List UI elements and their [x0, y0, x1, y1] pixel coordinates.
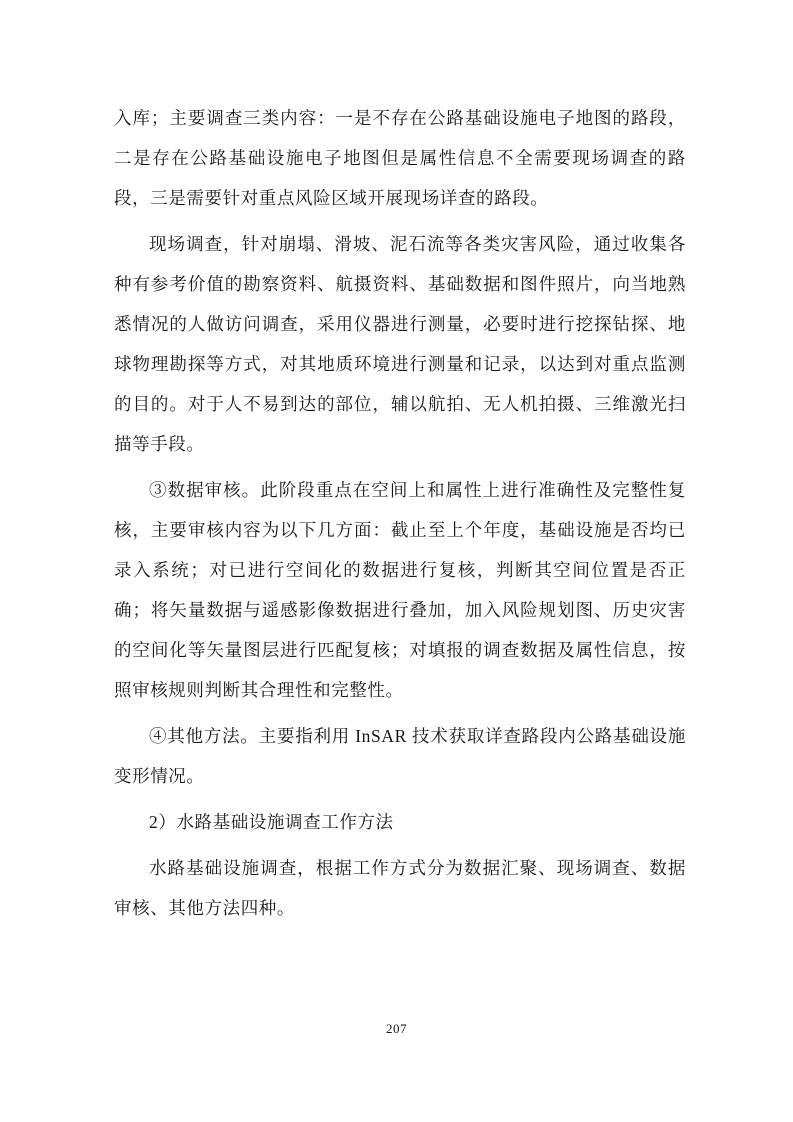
document-page: 入库；主要调查三类内容：一是不存在公路基础设施电子地图的路段，二是存在公路基础设… — [0, 0, 793, 1122]
paragraph-other-methods: ④其他方法。主要指利用 InSAR 技术获取详查路段内公路基础设施变形情况。 — [114, 716, 686, 796]
document-body: 入库；主要调查三类内容：一是不存在公路基础设施电子地图的路段，二是存在公路基础设… — [114, 98, 686, 934]
paragraph-waterway-survey: 水路基础设施调查，根据工作方式分为数据汇聚、现场调查、数据审核、其他方法四种。 — [114, 848, 686, 928]
paragraph-data-review: ③数据审核。此阶段重点在空间上和属性上进行准确性及完整性复核，主要审核内容为以下… — [114, 470, 686, 710]
paragraph-road-survey-content: 入库；主要调查三类内容：一是不存在公路基础设施电子地图的路段，二是存在公路基础设… — [114, 98, 686, 218]
heading-waterway-survey-method: 2）水路基础设施调查工作方法 — [114, 802, 686, 842]
paragraph-field-survey: 现场调查，针对崩塌、滑坡、泥石流等各类灾害风险，通过收集各种有参考价值的勘察资料… — [114, 224, 686, 464]
page-number: 207 — [0, 1020, 793, 1038]
